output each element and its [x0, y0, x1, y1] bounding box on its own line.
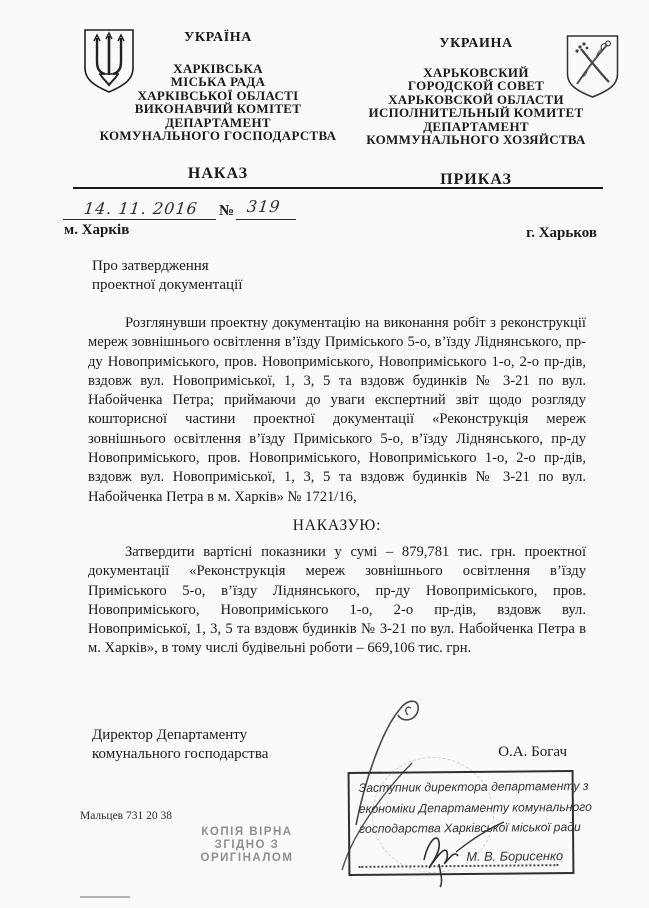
org-line: ХАРЬКОВСКИЙ — [365, 66, 587, 79]
org-line: ВИКОНАВЧИЙ КОМІТЕТ — [58, 102, 378, 115]
org-line: ХАРЬКОВСКОЙ ОБЛАСТИ — [365, 93, 587, 106]
subject-block: Про затвердження проектної документації — [92, 257, 242, 294]
signatory-name: О.А. Богач — [498, 744, 567, 761]
city-left: м. Харків — [64, 222, 129, 239]
signatory-title-line: комунального господарства — [92, 745, 268, 764]
contact-phone: Мальцев 731 20 38 — [80, 810, 172, 822]
order-word: НАКАЗУЮ: — [88, 517, 586, 535]
org-line: ИСПОЛНИТЕЛЬНЫЙ КОМИТЕТ — [365, 106, 587, 119]
subject-line: Про затвердження — [92, 257, 242, 276]
country-name-uk: УКРАЇНА — [58, 30, 378, 46]
scanned-order-document: УКРАЇНА ХАРКІВСЬКА МІСЬКА РАДА ХАРКІВСЬК… — [0, 0, 649, 908]
org-line: ДЕПАРТАМЕНТ — [58, 116, 378, 129]
org-line: ДЕПАРТАМЕНТ — [365, 120, 587, 133]
org-line: КОММУНАЛЬНОГО ХОЗЯЙСТВА — [365, 133, 587, 146]
copy-true-stamp: КОПІЯ ВІРНА ЗГІДНО З ОРИГІНАЛОМ — [192, 826, 302, 865]
handwritten-date: 14. 11. 2016 — [83, 199, 199, 218]
doc-type-nakaz: НАКАЗ — [58, 165, 378, 183]
body-paragraph-2: Затвердити вартісні показники у сумі – 8… — [88, 543, 586, 659]
deputy-signature — [416, 820, 561, 890]
right-header: УКРАИНА ХАРЬКОВСКИЙ ГОРОДСКОЙ СОВЕТ ХАРЬ… — [365, 36, 587, 146]
left-header: УКРАЇНА ХАРКІВСЬКА МІСЬКА РАДА ХАРКІВСЬК… — [58, 30, 378, 142]
signatory-title-line: Директор Департаменту — [92, 726, 268, 745]
country-name-ru: УКРАИНА — [365, 36, 587, 52]
copy-stamp-line: ОРИГІНАЛОМ — [192, 852, 302, 865]
scan-artifact-dash — [80, 896, 130, 898]
number-sign: № — [219, 203, 234, 220]
subject-line: проектної документації — [92, 276, 242, 295]
handwritten-number: 319 — [246, 197, 282, 216]
copy-stamp-line: КОПІЯ ВІРНА — [192, 826, 302, 839]
org-line: МІСЬКА РАДА — [58, 75, 378, 88]
header-divider-rule — [73, 187, 603, 189]
org-line: ХАРКІВСЬКОЇ ОБЛАСТІ — [58, 89, 378, 102]
org-line: ГОРОДСКОЙ СОВЕТ — [365, 79, 587, 92]
deputy-stamp-line: економіки Департаменту комунального — [350, 797, 572, 819]
org-line: КОМУНАЛЬНОГО ГОСПОДАРСТВА — [58, 129, 378, 142]
body-paragraph-1: Розглянувши проектну документацію на вик… — [88, 314, 586, 507]
deputy-stamp-line: Заступник директора департаменту з — [350, 776, 572, 798]
org-line: ХАРКІВСЬКА — [58, 62, 378, 75]
city-right: г. Харьков — [526, 225, 597, 242]
copy-stamp-line: ЗГІДНО З — [192, 839, 302, 852]
signatory-title: Директор Департаменту комунального госпо… — [92, 726, 268, 763]
